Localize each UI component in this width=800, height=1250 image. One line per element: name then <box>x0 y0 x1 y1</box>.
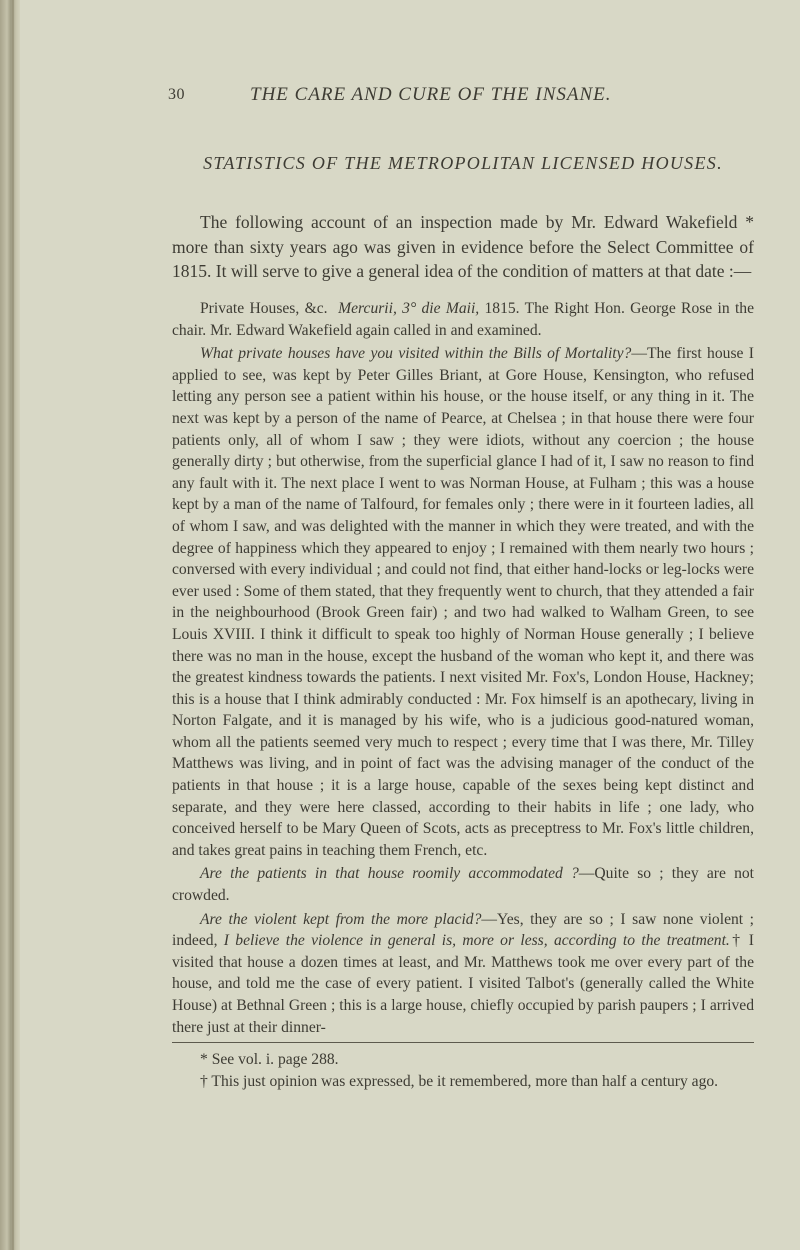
answer-text: —The first house I applied to see, was k… <box>172 345 754 859</box>
footnotes: * See vol. i. page 288. † This just opin… <box>172 1049 754 1092</box>
footnote-1: * See vol. i. page 288. <box>172 1049 754 1071</box>
evidence-paragraph-heading: Private Houses, &c. Mercurii, 3° die Mai… <box>172 298 754 341</box>
section-title: STATISTICS OF THE METROPOLITAN LICENSED … <box>168 152 758 174</box>
intro-paragraph-block: The following account of an inspection m… <box>172 210 754 284</box>
footnote-2: † This just opinion was expressed, be it… <box>172 1071 754 1093</box>
footnote-reference: † <box>730 932 743 949</box>
footnote-divider <box>172 1042 754 1043</box>
footnote-mark: * <box>200 1051 208 1068</box>
intro-paragraph: The following account of an inspection m… <box>172 210 754 284</box>
footnote-mark: † <box>200 1073 208 1090</box>
evidence-block: Private Houses, &c. Mercurii, 3° die Mai… <box>172 298 754 1038</box>
book-binding-gutter <box>0 0 20 1250</box>
evidence-lead: Private Houses, &c. <box>200 300 328 317</box>
page-number: 30 <box>168 86 185 104</box>
running-title: THE CARE AND CURE OF THE INSANE. <box>250 84 612 106</box>
evidence-qa-accommodation: Are the patients in that house roomily a… <box>172 863 754 906</box>
binding-edge <box>12 0 14 1250</box>
question-text: What private houses have you visited wit… <box>200 345 631 362</box>
footnote-text: This just opinion was expressed, be it r… <box>208 1073 718 1090</box>
question-text: Are the violent kept from the more placi… <box>200 911 481 928</box>
footnote-text: See vol. i. page 288. <box>208 1051 339 1068</box>
evidence-date: Mercurii, 3° die Maii, <box>338 300 479 317</box>
evidence-qa-violent: Are the violent kept from the more placi… <box>172 909 754 1039</box>
evidence-qa-private-houses: What private houses have you visited wit… <box>172 343 754 861</box>
answer-italic-text: I believe the violence in general is, mo… <box>224 932 730 949</box>
question-text: Are the patients in that house roomily a… <box>200 865 579 882</box>
